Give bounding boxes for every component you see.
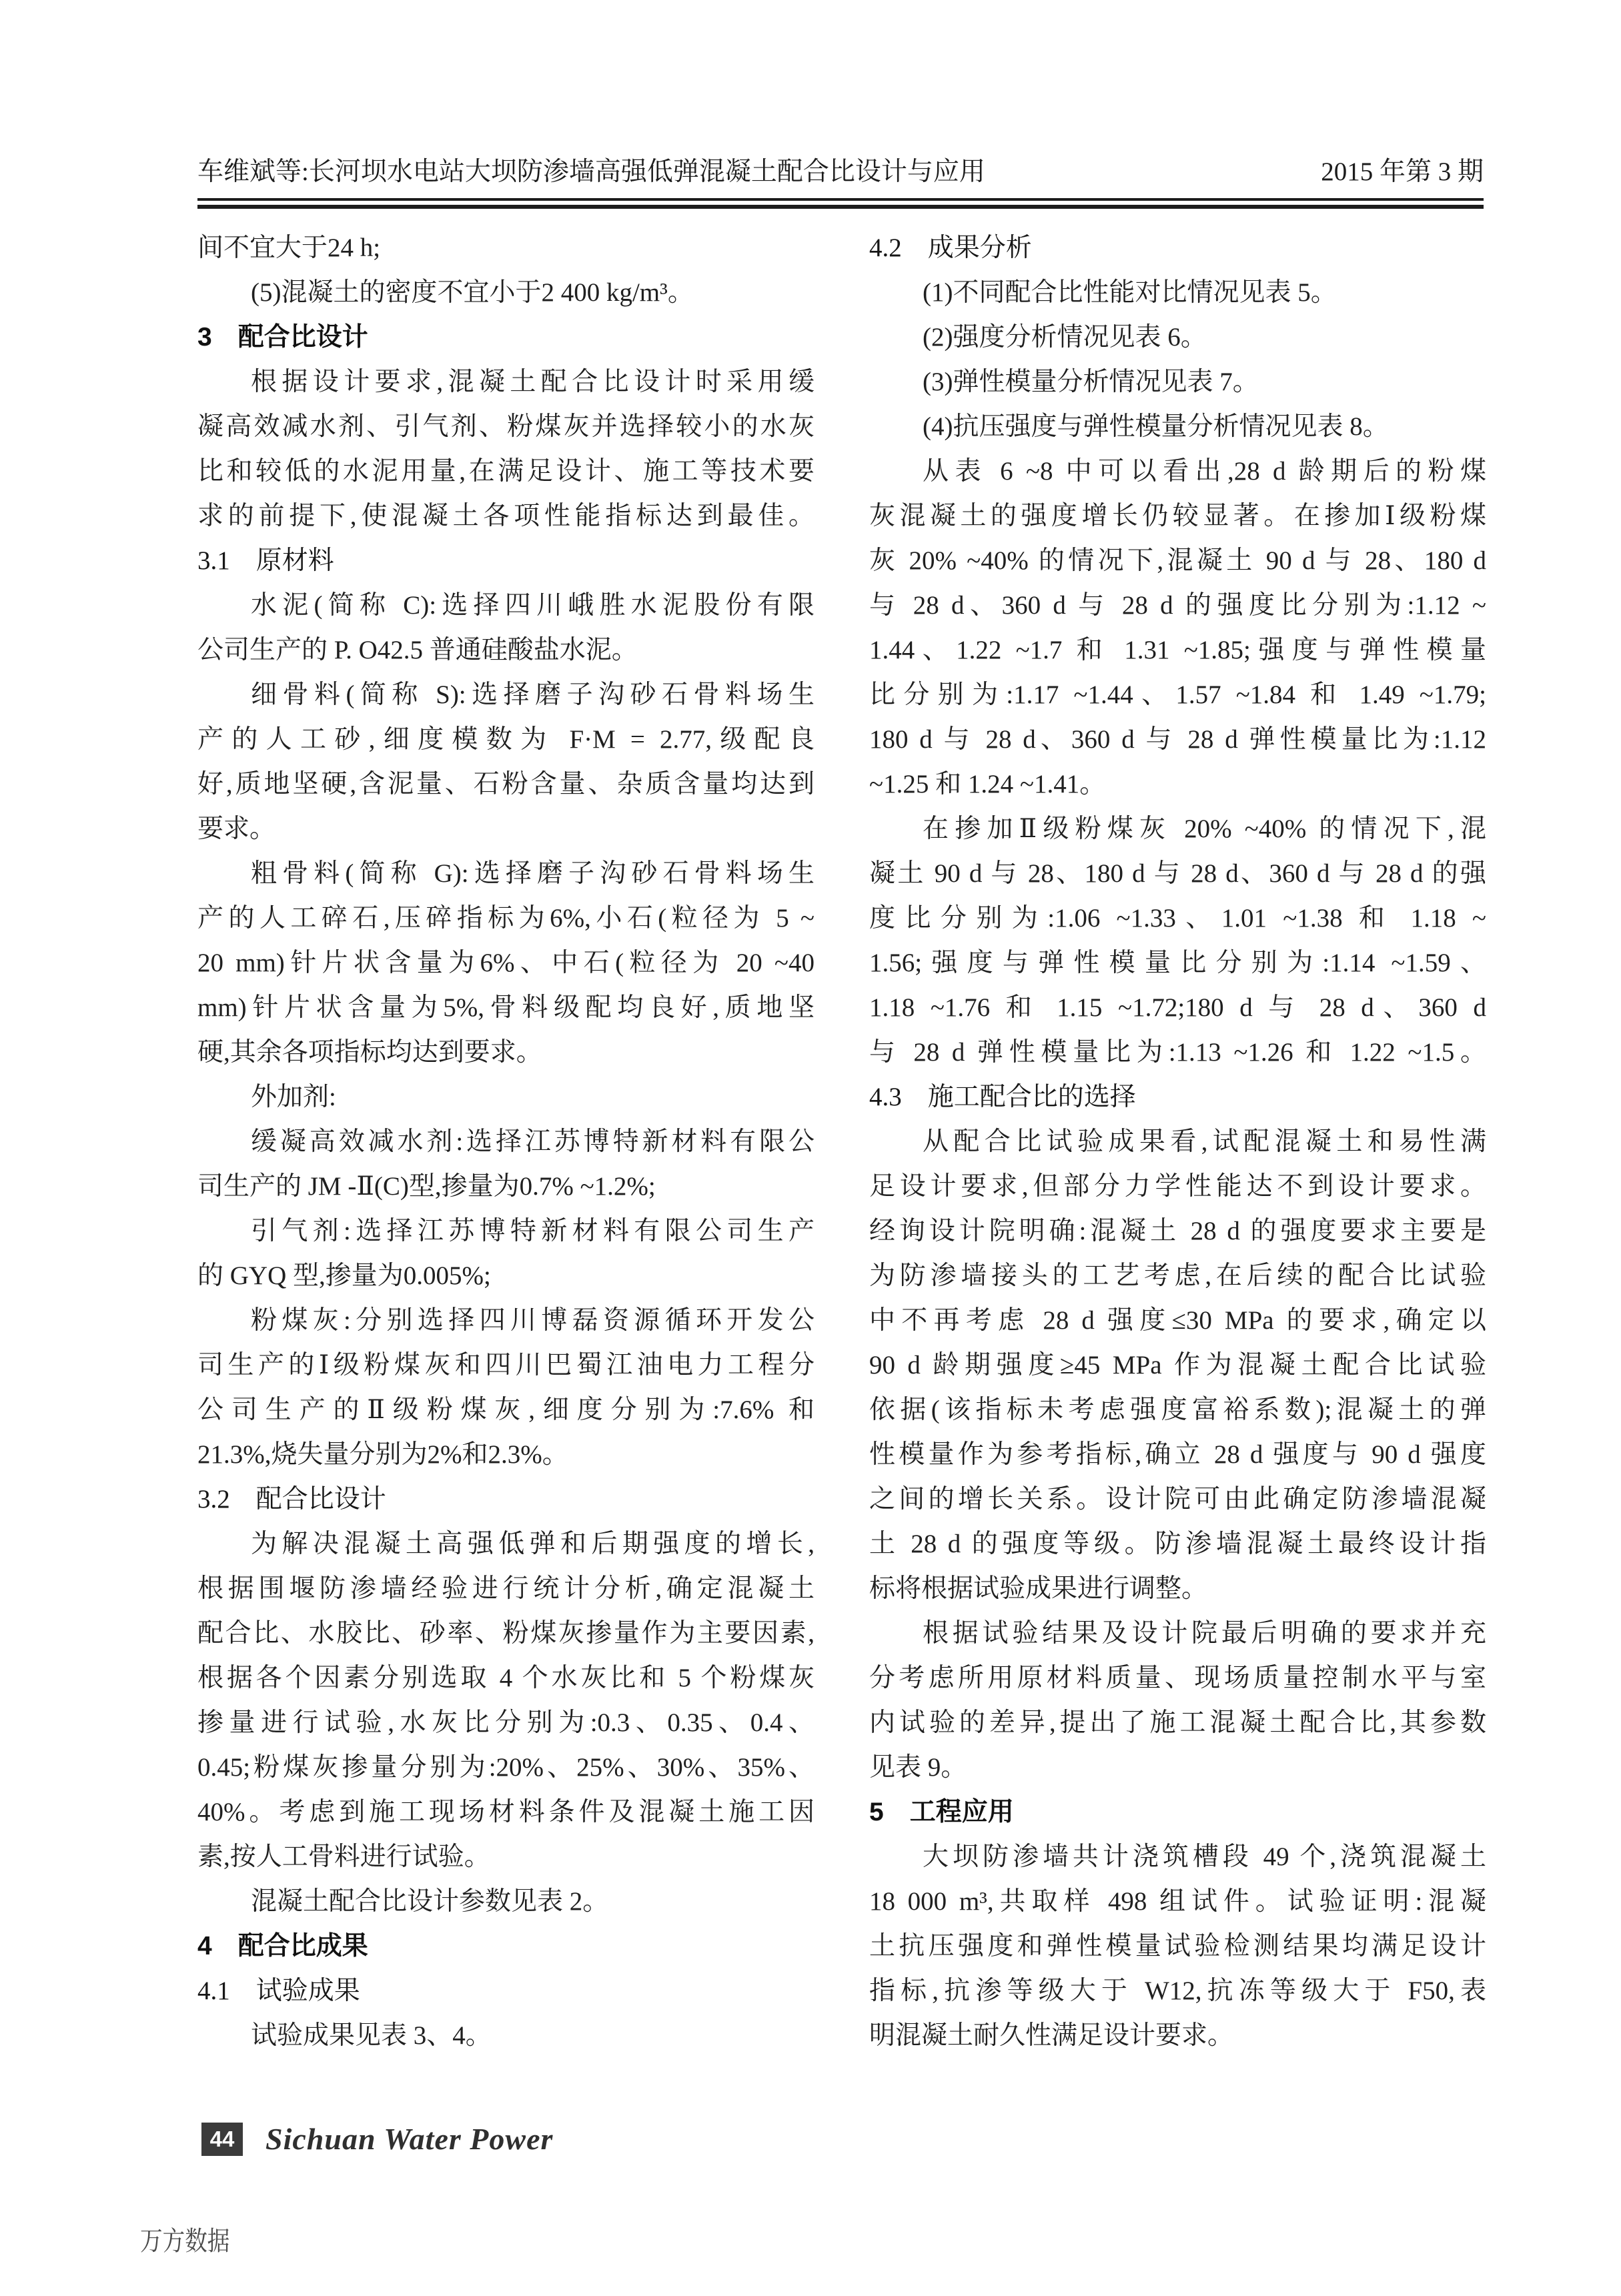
scanned-paper-page: 车维斌等:长河坝水电站大坝防渗墙高强低弹混凝土配合比设计与应用 2015 年第 … bbox=[0, 0, 1621, 2296]
text-line: 公司生产的Ⅱ级粉煤灰,细度分别为:7.6% 和 bbox=[197, 1387, 815, 1432]
text-line: 外加剂: bbox=[197, 1075, 815, 1119]
text-line: mm)针片状含量为5%,骨料级配均良好,质地坚 bbox=[197, 985, 815, 1030]
text-line: 粉煤灰:分别选择四川博磊资源循环开发公 bbox=[197, 1298, 815, 1343]
text-line: 根据各个因素分别选取 4 个水灰比和 5 个粉煤灰 bbox=[197, 1656, 815, 1700]
left-column: 间不宜大于24 h;(5)混凝土的密度不宜小于2 400 kg/m³。3 配合比… bbox=[197, 225, 815, 2058]
text-line: 经询设计院明确:混凝土 28 d 的强度要求主要是 bbox=[869, 1209, 1486, 1253]
text-line: 分考虑所用原材料质量、现场质量控制水平与室 bbox=[869, 1656, 1486, 1700]
text-line: 为防渗墙接头的工艺考虑,在后续的配合比试验 bbox=[869, 1253, 1486, 1298]
text-line: 硬,其余各项指标均达到要求。 bbox=[197, 1030, 815, 1075]
running-header-issue: 2015 年第 3 期 bbox=[1321, 157, 1484, 187]
right-column: 4.2 成果分析(1)不同配合比性能对比情况见表 5。(2)强度分析情况见表 6… bbox=[869, 225, 1486, 2058]
text-line: 明混凝土耐久性满足设计要求。 bbox=[869, 2013, 1486, 2058]
text-line: 引气剂:选择江苏博特新材料有限公司生产 bbox=[197, 1209, 815, 1253]
text-line: 性模量作为参考指标,确立 28 d 强度与 90 d 强度 bbox=[869, 1432, 1486, 1477]
text-line: 1.56;强度与弹性模量比分别为:1.14 ~1.59、 bbox=[869, 941, 1486, 985]
text-line: 产的人工碎石,压碎指标为6%,小石(粒径为 5 ~ bbox=[197, 896, 815, 941]
text-line: 细骨料(简称 S):选择磨子沟砂石骨料场生 bbox=[197, 672, 815, 717]
text-line: 与 28 d、360 d 与 28 d 的强度比分别为:1.12 ~ bbox=[869, 583, 1486, 628]
text-line: 之间的增长关系。设计院可由此确定防渗墙混凝 bbox=[869, 1477, 1486, 1522]
text-line: 依据(该指标未考虑强度富裕系数);混凝土的弹 bbox=[869, 1387, 1486, 1432]
text-line: 标将根据试验成果进行调整。 bbox=[869, 1566, 1486, 1611]
text-line: 从配合比试验成果看,试配混凝土和易性满 bbox=[869, 1119, 1486, 1164]
text-line: 比和较低的水泥用量,在满足设计、施工等技术要 bbox=[197, 449, 815, 494]
text-line: 的 GYQ 型,掺量为0.005%; bbox=[197, 1253, 815, 1298]
subsection-heading: 3.1 原材料 bbox=[197, 538, 815, 583]
text-line: 掺量进行试验,水灰比分别为:0.3、0.35、0.4、 bbox=[197, 1700, 815, 1745]
text-line: 90 d 龄期强度≥45 MPa 作为混凝土配合比试验 bbox=[869, 1343, 1486, 1387]
text-line: 素,按人工骨料进行试验。 bbox=[197, 1834, 815, 1879]
text-line: 指标,抗渗等级大于 W12,抗冻等级大于 F50,表 bbox=[869, 1968, 1486, 2013]
text-line: 要求。 bbox=[197, 806, 815, 851]
text-line: 从表 6 ~8 中可以看出,28 d 龄期后的粉煤 bbox=[869, 449, 1486, 494]
text-line: 灰混凝土的强度增长仍较显著。在掺加Ⅰ级粉煤 bbox=[869, 494, 1486, 538]
text-line: 度比分别为:1.06 ~1.33、1.01 ~1.38 和 1.18 ~ bbox=[869, 896, 1486, 941]
text-line: ~1.25 和 1.24 ~1.41。 bbox=[869, 762, 1486, 806]
text-line: (3)弹性模量分析情况见表 7。 bbox=[869, 360, 1486, 404]
text-line: 产的人工砂,细度模数为 F·M = 2.77,级配良 bbox=[197, 717, 815, 762]
section-heading: 3 配合比设计 bbox=[197, 315, 815, 360]
text-line: 公司生产的 P. O42.5 普通硅酸盐水泥。 bbox=[197, 628, 815, 672]
text-line: 1.44、1.22 ~1.7 和 1.31 ~1.85;强度与弹性模量 bbox=[869, 628, 1486, 672]
text-line: (2)强度分析情况见表 6。 bbox=[869, 315, 1486, 360]
text-line: 18 000 m³,共取样 498 组试件。试验证明:混凝 bbox=[869, 1879, 1486, 1924]
text-line: 灰 20% ~40% 的情况下,混凝土 90 d 与 28、180 d bbox=[869, 538, 1486, 583]
text-line: 1.18 ~1.76 和 1.15 ~1.72;180 d 与 28 d、360… bbox=[869, 985, 1486, 1030]
text-line: 根据围堰防渗墙经验进行统计分析,确定混凝土 bbox=[197, 1566, 815, 1611]
text-line: 内试验的差异,提出了施工混凝土配合比,其参数 bbox=[869, 1700, 1486, 1745]
section-heading: 4 配合比成果 bbox=[197, 1924, 815, 1968]
text-line: 比分别为:1.17 ~1.44、1.57 ~1.84 和 1.49 ~1.79; bbox=[869, 672, 1486, 717]
text-line: 大坝防渗墙共计浇筑槽段 49 个,浇筑混凝土 bbox=[869, 1834, 1486, 1879]
text-line: 水泥(简称 C):选择四川峨胜水泥股份有限 bbox=[197, 583, 815, 628]
text-line: 间不宜大于24 h; bbox=[197, 225, 815, 270]
page-number-badge: 44 bbox=[201, 2123, 243, 2156]
text-line: 180 d 与 28 d、360 d 与 28 d 弹性模量比为:1.12 bbox=[869, 717, 1486, 762]
text-line: 在掺加Ⅱ级粉煤灰 20% ~40% 的情况下,混 bbox=[869, 806, 1486, 851]
text-line: 根据设计要求,混凝土配合比设计时采用缓 bbox=[197, 360, 815, 404]
header-rule-thick bbox=[197, 205, 1484, 209]
subsection-heading: 4.1 试验成果 bbox=[197, 1968, 815, 2013]
text-line: 21.3%,烧失量分别为2%和2.3%。 bbox=[197, 1432, 815, 1477]
text-line: 土 28 d 的强度等级。防渗墙混凝土最终设计指 bbox=[869, 1522, 1486, 1566]
text-line: 40%。考虑到施工现场材料条件及混凝土施工因 bbox=[197, 1790, 815, 1834]
text-line: 与 28 d 弹性模量比为:1.13 ~1.26 和 1.22 ~1.5。 bbox=[869, 1030, 1486, 1075]
text-line: (4)抗压强度与弹性模量分析情况见表 8。 bbox=[869, 404, 1486, 449]
text-line: 为解决混凝土高强低弹和后期强度的增长, bbox=[197, 1522, 815, 1566]
text-line: 见表 9。 bbox=[869, 1745, 1486, 1790]
text-line: 配合比、水胶比、砂率、粉煤灰掺量作为主要因素, bbox=[197, 1611, 815, 1656]
text-line: (5)混凝土的密度不宜小于2 400 kg/m³。 bbox=[197, 270, 815, 315]
subsection-heading: 4.2 成果分析 bbox=[869, 225, 1486, 270]
text-line: 司生产的Ⅰ级粉煤灰和四川巴蜀江油电力工程分 bbox=[197, 1343, 815, 1387]
text-line: 20 mm)针片状含量为6%、中石(粒径为 20 ~40 bbox=[197, 941, 815, 985]
text-line: 缓凝高效减水剂:选择江苏博特新材料有限公 bbox=[197, 1119, 815, 1164]
subsection-heading: 4.3 施工配合比的选择 bbox=[869, 1075, 1486, 1119]
header-rule-thin bbox=[197, 198, 1484, 201]
text-line: 求的前提下,使混凝土各项性能指标达到最佳。 bbox=[197, 494, 815, 538]
text-line: 混凝土配合比设计参数见表 2。 bbox=[197, 1879, 815, 1924]
text-line: 好,质地坚硬,含泥量、石粉含量、杂质含量均达到 bbox=[197, 762, 815, 806]
section-heading: 5 工程应用 bbox=[869, 1790, 1486, 1834]
text-line: 土抗压强度和弹性模量试验检测结果均满足设计 bbox=[869, 1924, 1486, 1968]
subsection-heading: 3.2 配合比设计 bbox=[197, 1477, 815, 1522]
text-line: 0.45;粉煤灰掺量分别为:20%、25%、30%、35%、 bbox=[197, 1745, 815, 1790]
text-line: 凝土 90 d 与 28、180 d 与 28 d、360 d 与 28 d 的… bbox=[869, 851, 1486, 896]
text-line: 司生产的 JM -Ⅱ(C)型,掺量为0.7% ~1.2%; bbox=[197, 1164, 815, 1209]
text-line: 中不再考虑 28 d 强度≤30 MPa 的要求,确定以 bbox=[869, 1298, 1486, 1343]
journal-name: Sichuan Water Power bbox=[265, 2123, 553, 2156]
text-line: (1)不同配合比性能对比情况见表 5。 bbox=[869, 270, 1486, 315]
wanfang-watermark: 万方数据 bbox=[140, 2225, 229, 2257]
text-line: 根据试验结果及设计院最后明确的要求并充 bbox=[869, 1611, 1486, 1656]
text-line: 凝高效减水剂、引气剂、粉煤灰并选择较小的水灰 bbox=[197, 404, 815, 449]
text-line: 粗骨料(简称 G):选择磨子沟砂石骨料场生 bbox=[197, 851, 815, 896]
text-line: 试验成果见表 3、4。 bbox=[197, 2013, 815, 2058]
running-header-title: 车维斌等:长河坝水电站大坝防渗墙高强低弹混凝土配合比设计与应用 bbox=[197, 157, 985, 187]
text-line: 足设计要求,但部分力学性能达不到设计要求。 bbox=[869, 1164, 1486, 1209]
